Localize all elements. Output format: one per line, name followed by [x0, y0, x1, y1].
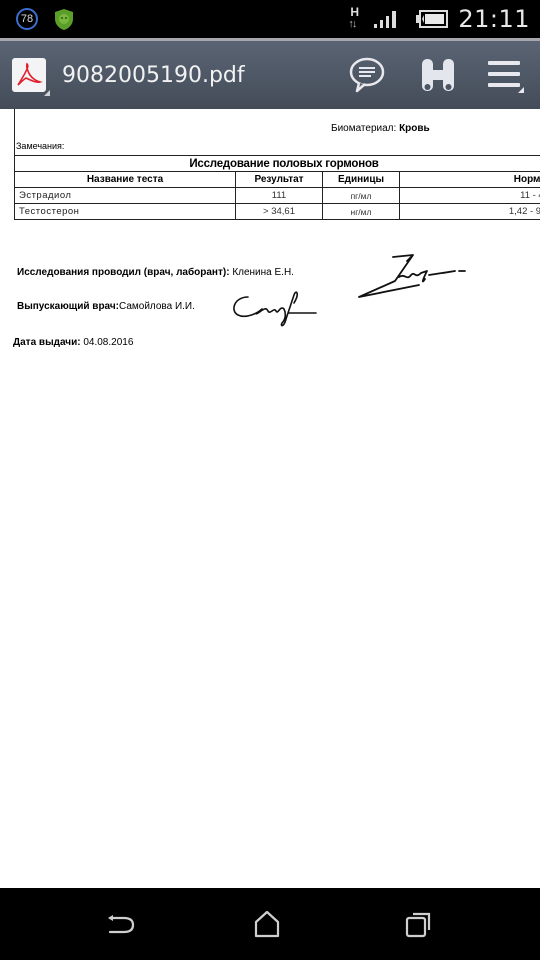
- signal-icon: [374, 10, 398, 28]
- remarks-label: Замечания:: [16, 141, 64, 151]
- header-norms: Нормы: [400, 172, 540, 188]
- app-toolbar: 9082005190.pdf: [0, 41, 540, 109]
- dropdown-corner: [44, 90, 50, 96]
- table-title: Исследование половых гормонов: [15, 156, 540, 172]
- header-test-name: Название теста: [15, 172, 236, 188]
- cell-units: нг/мл: [323, 204, 400, 220]
- cell-norms: 1,42 - 9,2: [400, 204, 540, 220]
- notification-count-icon: 78: [16, 8, 38, 30]
- issue-date-line: Дата выдачи: 04.08.2016: [13, 337, 133, 348]
- antivirus-shield-icon: [53, 8, 75, 31]
- network-arrows: ↑↓: [348, 18, 355, 30]
- clock: 21:11: [458, 5, 530, 33]
- network-type-label: H: [350, 6, 359, 18]
- menu-icon: [484, 53, 528, 97]
- binoculars-search-icon: [416, 53, 460, 97]
- navigation-bar: [0, 888, 540, 960]
- biomaterial-value: Кровь: [399, 123, 430, 134]
- recent-apps-button[interactable]: [397, 908, 441, 942]
- cell-units: пг/мл: [323, 188, 400, 204]
- issue-date-value: 04.08.2016: [83, 337, 133, 348]
- issuing-doctor-value: Самойлова И.И.: [119, 301, 195, 312]
- conducted-by-value: Кленина Е.Н.: [232, 267, 294, 278]
- results-table: Исследование половых гормонов Название т…: [14, 155, 540, 220]
- battery-icon: [416, 10, 448, 28]
- home-button[interactable]: [245, 908, 289, 942]
- table-row: Эстрадиол 111 пг/мл 11 - 44: [15, 188, 540, 204]
- issue-date-label: Дата выдачи:: [13, 337, 81, 348]
- file-name-title: 9082005190.pdf: [62, 63, 245, 88]
- cell-result: > 34,61: [236, 204, 323, 220]
- back-icon: [100, 908, 144, 942]
- pdf-document-view[interactable]: Биоматериал: Кровь Замечания: Исследован…: [0, 109, 540, 888]
- comment-button[interactable]: [346, 53, 390, 97]
- header-result: Результат: [236, 172, 323, 188]
- table-row: Тестостерон > 34,61 нг/мл 1,42 - 9,2: [15, 204, 540, 220]
- conducted-by-line: Исследования проводил (врач, лаборант): …: [17, 267, 294, 278]
- network-h-icon: H ↑↓: [348, 6, 364, 32]
- signature-image: [228, 289, 320, 331]
- search-button[interactable]: [416, 53, 460, 97]
- results-table-wrapper: Исследование половых гормонов Название т…: [14, 155, 540, 220]
- back-button[interactable]: [100, 908, 144, 942]
- issuing-doctor-label: Выпускающий врач:: [17, 301, 119, 312]
- table-title-row: Исследование половых гормонов: [15, 156, 540, 172]
- menu-button[interactable]: [484, 53, 528, 97]
- header-units: Единицы: [323, 172, 400, 188]
- issuing-doctor-line: Выпускающий врач:Самойлова И.И.: [17, 301, 195, 312]
- comment-icon: [346, 53, 390, 97]
- cell-result: 111: [236, 188, 323, 204]
- page-border: [14, 109, 15, 155]
- cell-norms: 11 - 44: [400, 188, 540, 204]
- table-header-row: Название теста Результат Единицы Нормы: [15, 172, 540, 188]
- biomaterial-label: Биоматериал:: [331, 123, 396, 134]
- status-bar: 78 H ↑↓ 21:11: [0, 0, 540, 38]
- conducted-by-label: Исследования проводил (врач, лаборант):: [17, 267, 230, 278]
- recent-apps-icon: [397, 908, 441, 942]
- signature-image: [355, 251, 470, 301]
- adobe-acrobat-icon[interactable]: [12, 58, 46, 92]
- biomaterial-line: Биоматериал: Кровь: [331, 123, 430, 134]
- cell-test-name: Тестостерон: [15, 204, 236, 220]
- cell-test-name: Эстрадиол: [15, 188, 236, 204]
- home-icon: [245, 908, 289, 942]
